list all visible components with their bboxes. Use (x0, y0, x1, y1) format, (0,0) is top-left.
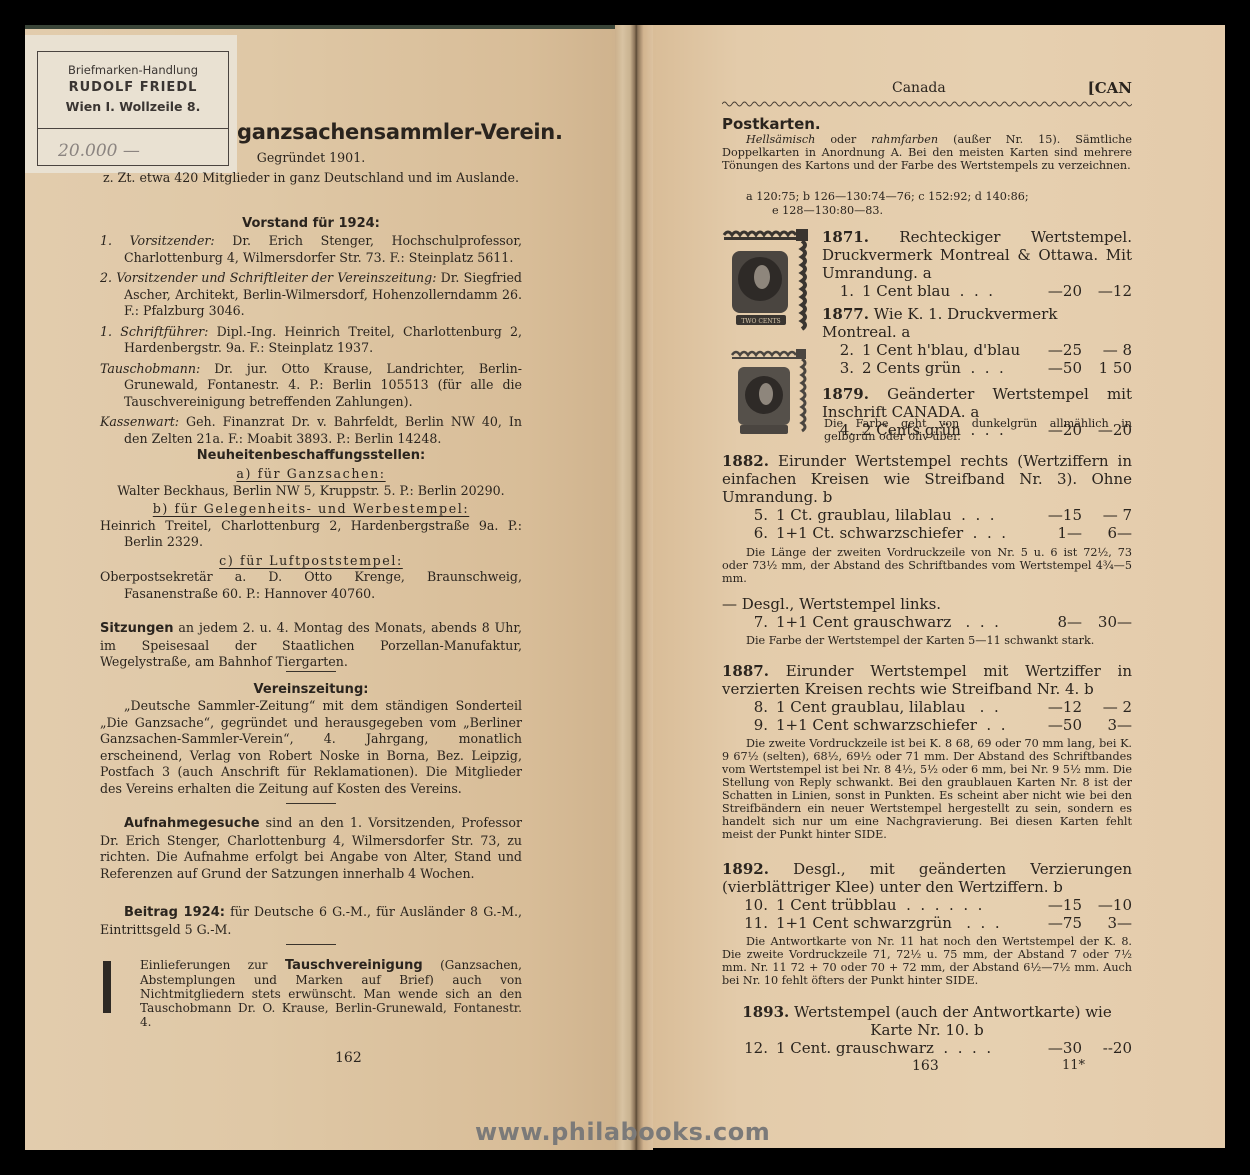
exchange-notice: Einlieferungen zur Tauschvereinigung (Ga… (140, 958, 522, 1029)
note-color-variation: Die Farbe der Wertstempel der Karten 5—1… (722, 634, 1132, 647)
dealer-name: RUDOLF FRIEDL (38, 80, 228, 95)
formats-line-1: a 120:75; b 126—130:74—76; c 152:92; d 1… (746, 190, 1156, 203)
novelty-heading: Neuheitenbeschaffungsstellen: (100, 448, 522, 465)
novelty-text: Oberpostsekretär a. D. Otto Krenge, Brau… (100, 569, 522, 602)
divider (100, 803, 522, 804)
stamp-1879-image (730, 347, 810, 439)
catalog-row: 2. 1 Cent h'blau, d'blau —25 — 8 (818, 341, 1132, 359)
formats-line-2: e 128—130:80—83. (772, 204, 1182, 217)
board-entry: 2. Vorsitzender und Schriftleiter der Ve… (100, 270, 522, 320)
novelty-label: c) für Luftpoststempel: (100, 553, 522, 570)
wavy-rule (722, 100, 1132, 108)
board-entry: Tauschobmann: Dr. jur. Otto Krause, Land… (100, 361, 522, 411)
catalog-row: 10. 1 Cent trübblau . . . . . . —15 —10 (722, 896, 1132, 914)
page-number-left: 162 (335, 1050, 362, 1066)
divider (100, 671, 522, 672)
catalog-row: 7. 1+1 Cent grauschwarz . . . 8— 30— (722, 613, 1132, 631)
divider (100, 944, 522, 945)
notice-bar-icon (103, 961, 111, 1013)
issue-1871: 1871. Rechteckiger Wertstempel. Druckver… (822, 228, 1132, 439)
catalog-row: 8. 1 Cent graublau, lilablau . . —12 — 2 (722, 698, 1132, 716)
note-1882: Die Länge der zweiten Vordruckzeile von … (722, 546, 1132, 585)
page-number-right: 163 (912, 1058, 939, 1074)
note-1887: Die zweite Vordruckzeile ist bei K. 8 68… (722, 737, 1132, 841)
meetings-lead: Sitzungen (100, 621, 174, 636)
meetings-paragraph: Sitzungen an jedem 2. u. 4. Montag des M… (100, 620, 522, 671)
fee-paragraph: Beitrag 1924: für Deutsche 6 G.-M., für … (100, 904, 522, 938)
novelty-label: b) für Gelegenheits- und Werbestempel: (100, 501, 522, 518)
watermark-link[interactable]: www.philabooks.com (475, 1118, 770, 1146)
board-entry: 1. Vorsitzender: Dr. Erich Stenger, Hoch… (100, 233, 522, 266)
dealer-stamp-box: Briefmarken-Handlung RUDOLF FRIEDL Wien … (37, 51, 229, 166)
svg-text:TWO CENTS: TWO CENTS (741, 318, 780, 325)
book-spine (615, 25, 653, 1150)
stamp-1871-image: TWO CENTS (722, 227, 812, 337)
catalog-row: 5. 1 Ct. graublau, lilablau . . . —15 — … (722, 506, 1132, 524)
novelty-text: Heinrich Treitel, Charlottenburg 2, Hard… (100, 518, 522, 551)
section-title: Postkarten. (722, 116, 1132, 135)
note-1879: Die Farbe geht von dunkelgrün allmählich… (824, 417, 1132, 443)
issue-1887: 1887. Eirunder Wertstempel mit Wertziffe… (722, 662, 1132, 841)
board-entry: Kassenwart: Geh. Finanzrat Dr. v. Bahrfe… (100, 414, 522, 447)
intro-paragraph: Hellsämisch oder rahmfarben (außer Nr. 1… (722, 133, 1132, 172)
catalog-row: 12. 1 Cent. grauschwarz . . . . —30 --20 (722, 1039, 1132, 1057)
novelty-label: a) für Ganzsachen: (100, 466, 522, 483)
issue-1882: 1882. Eirunder Wertstempel rechts (Wertz… (722, 452, 1132, 647)
running-head-title: Canada (892, 80, 946, 96)
issue-1892: 1892. Desgl., mit geänderten Verzierunge… (722, 860, 1132, 987)
novelty-text: Walter Beckhaus, Berlin NW 5, Kruppstr. … (100, 483, 522, 500)
section-code: [CAN (1088, 79, 1132, 97)
issue-1893: 1893. Wertstempel (auch der Antwortkarte… (722, 1003, 1132, 1057)
members-line: z. Zt. etwa 420 Mitglieder in ganz Deuts… (100, 170, 522, 187)
board-entry: 1. Schriftführer: Dipl.-Ing. Heinrich Tr… (100, 324, 522, 357)
note-1892: Die Antwortkarte von Nr. 11 hat noch den… (722, 935, 1132, 987)
catalog-row: 6. 1+1 Ct. schwarzschiefer . . . 1— 6— (722, 524, 1132, 542)
board-list: 1. Vorsitzender: Dr. Erich Stenger, Hoch… (100, 233, 522, 447)
catalog-row: 3. 2 Cents grün . . . —50 1 50 (818, 359, 1132, 377)
journal-heading: Vereinszeitung: (100, 682, 522, 699)
page-title: ganzsachensammler-Verein. (237, 120, 563, 144)
founded-line: Gegründet 1901. (100, 150, 522, 167)
dealer-address: Wien I. Wollzeile 8. (38, 99, 228, 114)
running-head: Canada [CAN (722, 80, 1132, 100)
signature-mark: 11* (1062, 1058, 1085, 1073)
catalog-row: 11. 1+1 Cent schwarzgrün . . . —75 3— (722, 914, 1132, 932)
journal-paragraph: „Deutsche Sammler-Zeitung“ mit dem ständ… (100, 698, 522, 797)
admission-paragraph: Aufnahmegesuche sind an den 1. Vorsitzen… (100, 815, 522, 882)
board-heading: Vorstand für 1924: (100, 216, 522, 233)
catalog-row: 9. 1+1 Cent schwarzschiefer . . —50 3— (722, 716, 1132, 734)
catalog-row: 1. 1 Cent blau . . . —20 —12 (818, 282, 1132, 300)
dealer-line-1: Briefmarken-Handlung (38, 63, 228, 77)
novelty-list: a) für Ganzsachen: Walter Beckhaus, Berl… (100, 466, 522, 602)
